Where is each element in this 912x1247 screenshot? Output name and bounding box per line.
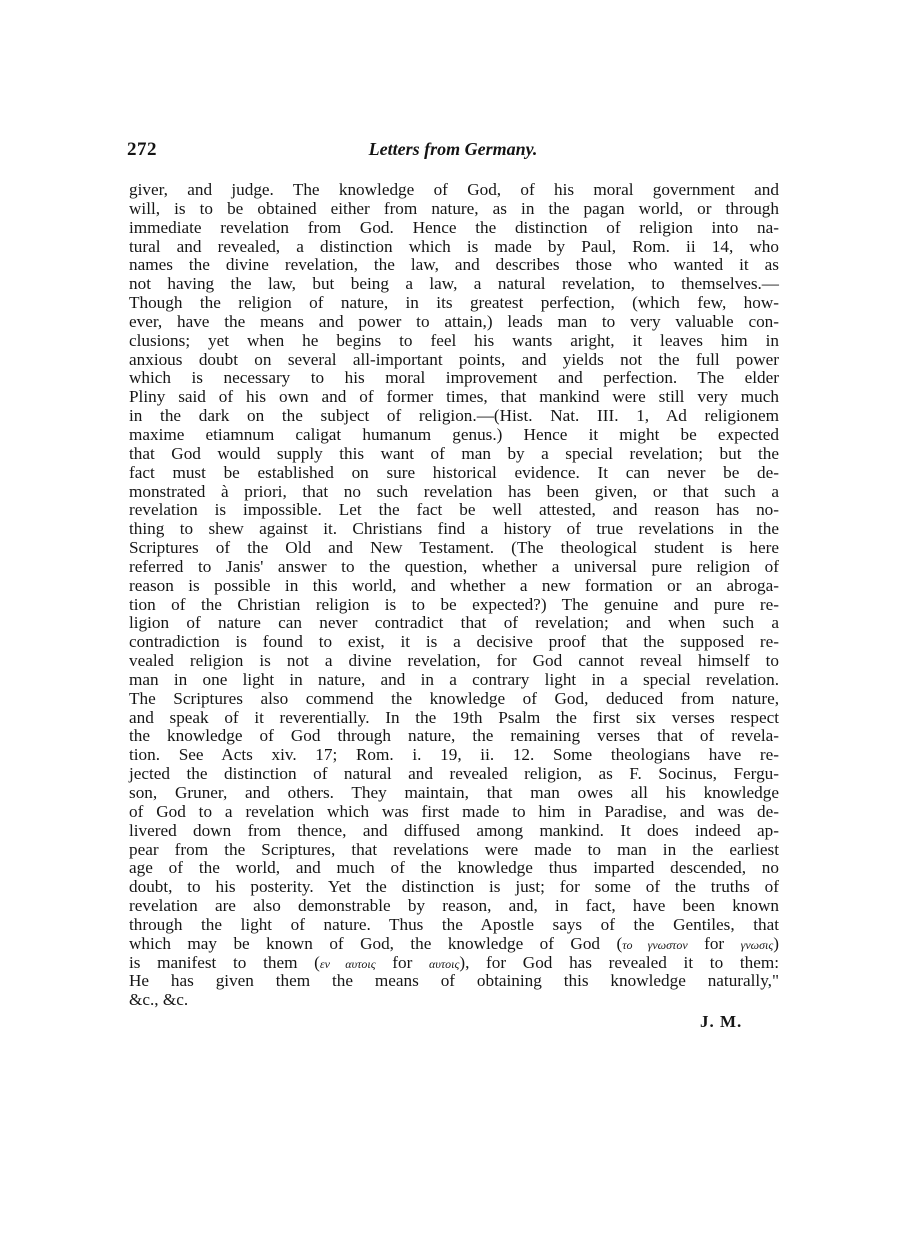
text-line: which is necessary to his moral improvem… <box>129 369 779 388</box>
text-line: referred to Janis' answer to the questio… <box>129 558 779 577</box>
text-line: Scriptures of the Old and New Testament.… <box>129 539 779 558</box>
text-line: immediate revelation from God. Hence the… <box>129 219 779 238</box>
text-line-greek: is manifest to them (εν αυτοις for αυτοι… <box>129 954 779 973</box>
text-line: anxious doubt on several all-important p… <box>129 351 779 370</box>
text-line: contradiction is found to exist, it is a… <box>129 633 779 652</box>
text-line: The Scriptures also commend the knowledg… <box>129 690 779 709</box>
text-line: reason is possible in this world, and wh… <box>129 577 779 596</box>
author-signature: J. M. <box>700 1012 742 1032</box>
text-line: maxime etiamnum caligat humanum genus.) … <box>129 426 779 445</box>
text-line: revelation are also demonstrable by reas… <box>129 897 779 916</box>
greek-text: εν αυτοις <box>320 957 376 971</box>
text-line: revelation is impossible. Let the fact b… <box>129 501 779 520</box>
text-fragment: ) <box>773 934 779 953</box>
text-line: He has given them the means of obtaining… <box>129 972 779 991</box>
text-line: that God would supply this want of man b… <box>129 445 779 464</box>
body-text: giver, and judge. The knowledge of God, … <box>129 181 779 1010</box>
text-fragment: for <box>376 953 429 972</box>
text-line: tion of the Christian religion is to be … <box>129 596 779 615</box>
text-line: will, is to be obtained either from natu… <box>129 200 779 219</box>
text-line: livered down from thence, and diffused a… <box>129 822 779 841</box>
greek-text: αυτοις <box>429 957 459 971</box>
text-line: Pliny said of his own and of former time… <box>129 388 779 407</box>
text-line: tion. See Acts xiv. 17; Rom. i. 19, ii. … <box>129 746 779 765</box>
text-line: fact must be established on sure histori… <box>129 464 779 483</box>
text-fragment: ), for God has revealed it to them: <box>459 953 779 972</box>
greek-text: γνωσις <box>741 938 774 952</box>
text-line: tural and revealed, a distinction which … <box>129 238 779 257</box>
text-line: through the light of nature. Thus the Ap… <box>129 916 779 935</box>
text-line: Though the religion of nature, in its gr… <box>129 294 779 313</box>
running-title: Letters from Germany. <box>127 139 779 160</box>
text-line: ligion of nature can never contradict th… <box>129 614 779 633</box>
text-line: the knowledge of God through nature, the… <box>129 727 779 746</box>
text-line: monstrated à priori, that no such revela… <box>129 483 779 502</box>
text-line: giver, and judge. The knowledge of God, … <box>129 181 779 200</box>
text-line-last: &c., &c. <box>129 991 779 1010</box>
book-page: 272 Letters from Germany. giver, and jud… <box>0 0 912 1247</box>
text-line: doubt, to his posterity. Yet the distinc… <box>129 878 779 897</box>
text-line: son, Gruner, and others. They maintain, … <box>129 784 779 803</box>
text-line: names the divine revelation, the law, an… <box>129 256 779 275</box>
text-line: ever, have the means and power to attain… <box>129 313 779 332</box>
text-line: in the dark on the subject of religion.—… <box>129 407 779 426</box>
text-line: vealed religion is not a divine revelati… <box>129 652 779 671</box>
text-line: of God to a revelation which was first m… <box>129 803 779 822</box>
text-line: not having the law, but being a law, a n… <box>129 275 779 294</box>
text-line: clusions; yet when he begins to feel his… <box>129 332 779 351</box>
text-line: thing to shew against it. Christians fin… <box>129 520 779 539</box>
text-line: pear from the Scriptures, that revelatio… <box>129 841 779 860</box>
text-line-greek: which may be known of God, the knowledge… <box>129 935 779 954</box>
text-fragment: for <box>688 934 741 953</box>
text-fragment: which may be known of God, the knowledge… <box>129 934 622 953</box>
text-line: age of the world, and much of the knowle… <box>129 859 779 878</box>
running-head: 272 Letters from Germany. <box>127 139 779 163</box>
text-line: and speak of it reverentially. In the 19… <box>129 709 779 728</box>
text-line: jected the distinction of natural and re… <box>129 765 779 784</box>
text-fragment: is manifest to them ( <box>129 953 320 972</box>
text-line: man in one light in nature, and in a con… <box>129 671 779 690</box>
greek-text: το γνωστον <box>622 938 688 952</box>
